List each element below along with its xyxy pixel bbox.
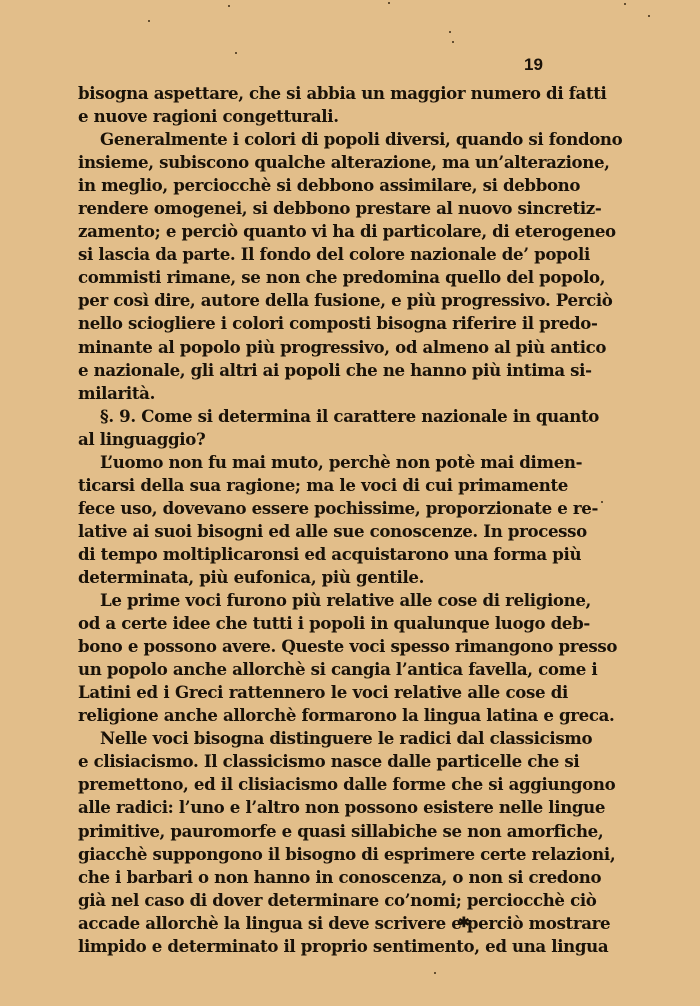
text-line: insieme, subiscono qualche alterazione, … [78, 151, 568, 174]
text-line: alle radici: l’uno e l’altro non possono… [78, 796, 568, 819]
text-line: giacchè suppongono il bisogno di esprime… [78, 843, 568, 866]
text-line: bono e possono avere. Queste voci spesso… [78, 635, 568, 658]
text-line: bisogna aspettare, che si abbia un maggi… [78, 82, 568, 105]
text-line: e nuove ragioni congetturali. [78, 105, 568, 128]
text-line: e clisiacismo. Il classicismo nasce dall… [78, 750, 568, 773]
scan-speck [148, 20, 150, 22]
text-line: fece uso, dovevano essere pochissime, pr… [78, 497, 568, 520]
text-line: primitive, pauromorfe e quasi sillabiche… [78, 820, 568, 843]
text-line: od a certe idee che tutti i popoli in qu… [78, 612, 568, 635]
text-line: in meglio, perciocchè si debbono assimil… [78, 174, 568, 197]
scan-speck [648, 15, 650, 17]
text-line: un popolo anche allorchè si cangia l’ant… [78, 658, 568, 681]
text-line: religione anche allorchè formarono la li… [78, 704, 568, 727]
text-line: rendere omogenei, si debbono prestare al… [78, 197, 568, 220]
text-line: §. 9. Come si determina il carattere naz… [78, 405, 568, 428]
scan-speck [601, 501, 603, 503]
scan-speck [235, 52, 237, 54]
body-text: bisogna aspettare, che si abbia un maggi… [78, 82, 568, 958]
scan-speck [449, 31, 451, 33]
text-line: per così dire, autore della fusione, e p… [78, 289, 568, 312]
text-line: Latini ed i Greci rattennero le voci rel… [78, 681, 568, 704]
text-line: lative ai suoi bisogni ed alle sue conos… [78, 520, 568, 543]
scan-speck [624, 3, 626, 5]
text-line: al linguaggio? [78, 428, 568, 451]
text-line: premettono, ed il clisiacismo dalle form… [78, 773, 568, 796]
scan-speck [434, 972, 436, 974]
text-line: limpido e determinato il proprio sentime… [78, 935, 568, 958]
text-line: accade allorchè la lingua si deve scrive… [78, 912, 568, 935]
text-line: già nel caso di dover determinare co’nom… [78, 889, 568, 912]
text-line: nello sciogliere i colori composti bisog… [78, 312, 568, 335]
scan-speck [388, 2, 390, 4]
scan-speck [228, 5, 230, 7]
text-line: Nelle voci bisogna distinguere le radici… [78, 727, 568, 750]
text-line: determinata, più eufonica, più gentile. [78, 566, 568, 589]
text-line: commisti rimane, se non che predomina qu… [78, 266, 568, 289]
text-line: di tempo moltiplicaronsi ed acquistarono… [78, 543, 568, 566]
text-line: minante al popolo più progressivo, od al… [78, 336, 568, 359]
signature-mark-icon: ✱ [458, 915, 470, 931]
text-line: zamento; e perciò quanto vi ha di partic… [78, 220, 568, 243]
page-number: 19 [524, 55, 543, 75]
text-line: Le prime voci furono più relative alle c… [78, 589, 568, 612]
text-line: che i barbari o non hanno in conoscenza,… [78, 866, 568, 889]
text-line: e nazionale, gli altri ai popoli che ne … [78, 359, 568, 382]
text-line: ticarsi della sua ragione; ma le voci di… [78, 474, 568, 497]
scan-speck [452, 41, 454, 43]
text-line: L’uomo non fu mai muto, perchè non potè … [78, 451, 568, 474]
text-line: Generalmente i colori di popoli diversi,… [78, 128, 568, 151]
text-line: si lascia da parte. Il fondo del colore … [78, 243, 568, 266]
text-line: milarità. [78, 382, 568, 405]
